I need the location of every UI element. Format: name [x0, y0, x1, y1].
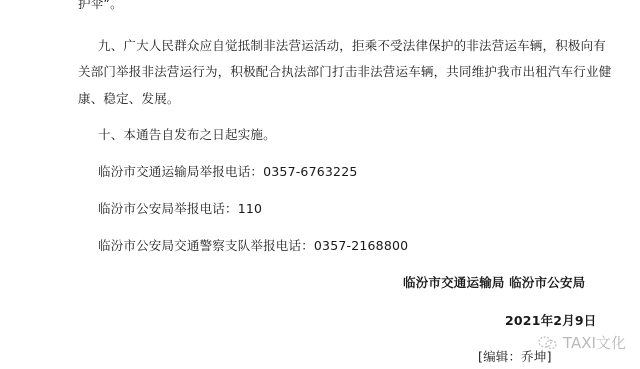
- item-10: 十、本通告自发布之日起实施。: [98, 125, 276, 143]
- hotline-label: 临汾市公安局交通警察支队举报电话：: [98, 238, 314, 253]
- hotline-transport: 临汾市交通运输局举报电话：0357-6763225: [98, 162, 358, 180]
- hotline-label: 临汾市交通运输局举报电话：: [98, 164, 263, 179]
- hotline-number: 110: [238, 201, 262, 216]
- issuing-authorities: 临汾市交通运输局 临汾市公安局: [403, 273, 585, 291]
- previous-paragraph-end: 护伞”。: [78, 0, 123, 12]
- item-9-line-3: 康、稳定、发展。: [78, 89, 180, 107]
- hotline-traffic-police: 临汾市公安局交通警察支队举报电话：0357-2168800: [98, 236, 408, 254]
- item-9-line-2: 关部门举报非法营运行为，积极配合执法部门打击非法营运车辆，共同维护我市出租汽车行…: [78, 62, 611, 80]
- hotline-label: 临汾市公安局举报电话：: [98, 201, 238, 216]
- hotline-number: 0357-6763225: [263, 164, 357, 179]
- hotline-police: 临汾市公安局举报电话：110: [98, 199, 262, 217]
- watermark-text: TAXI文化: [563, 332, 626, 353]
- hotline-number: 0357-2168800: [314, 238, 408, 253]
- watermark: TAXI文化: [538, 332, 626, 353]
- wechat-icon: [538, 335, 558, 351]
- issue-date: 2021年2月9日: [505, 311, 597, 329]
- item-9-line-1: 九、广大人民群众应自觉抵制非法营运活动，拒乘不受法律保护的非法营运车辆，积极向有: [98, 36, 606, 54]
